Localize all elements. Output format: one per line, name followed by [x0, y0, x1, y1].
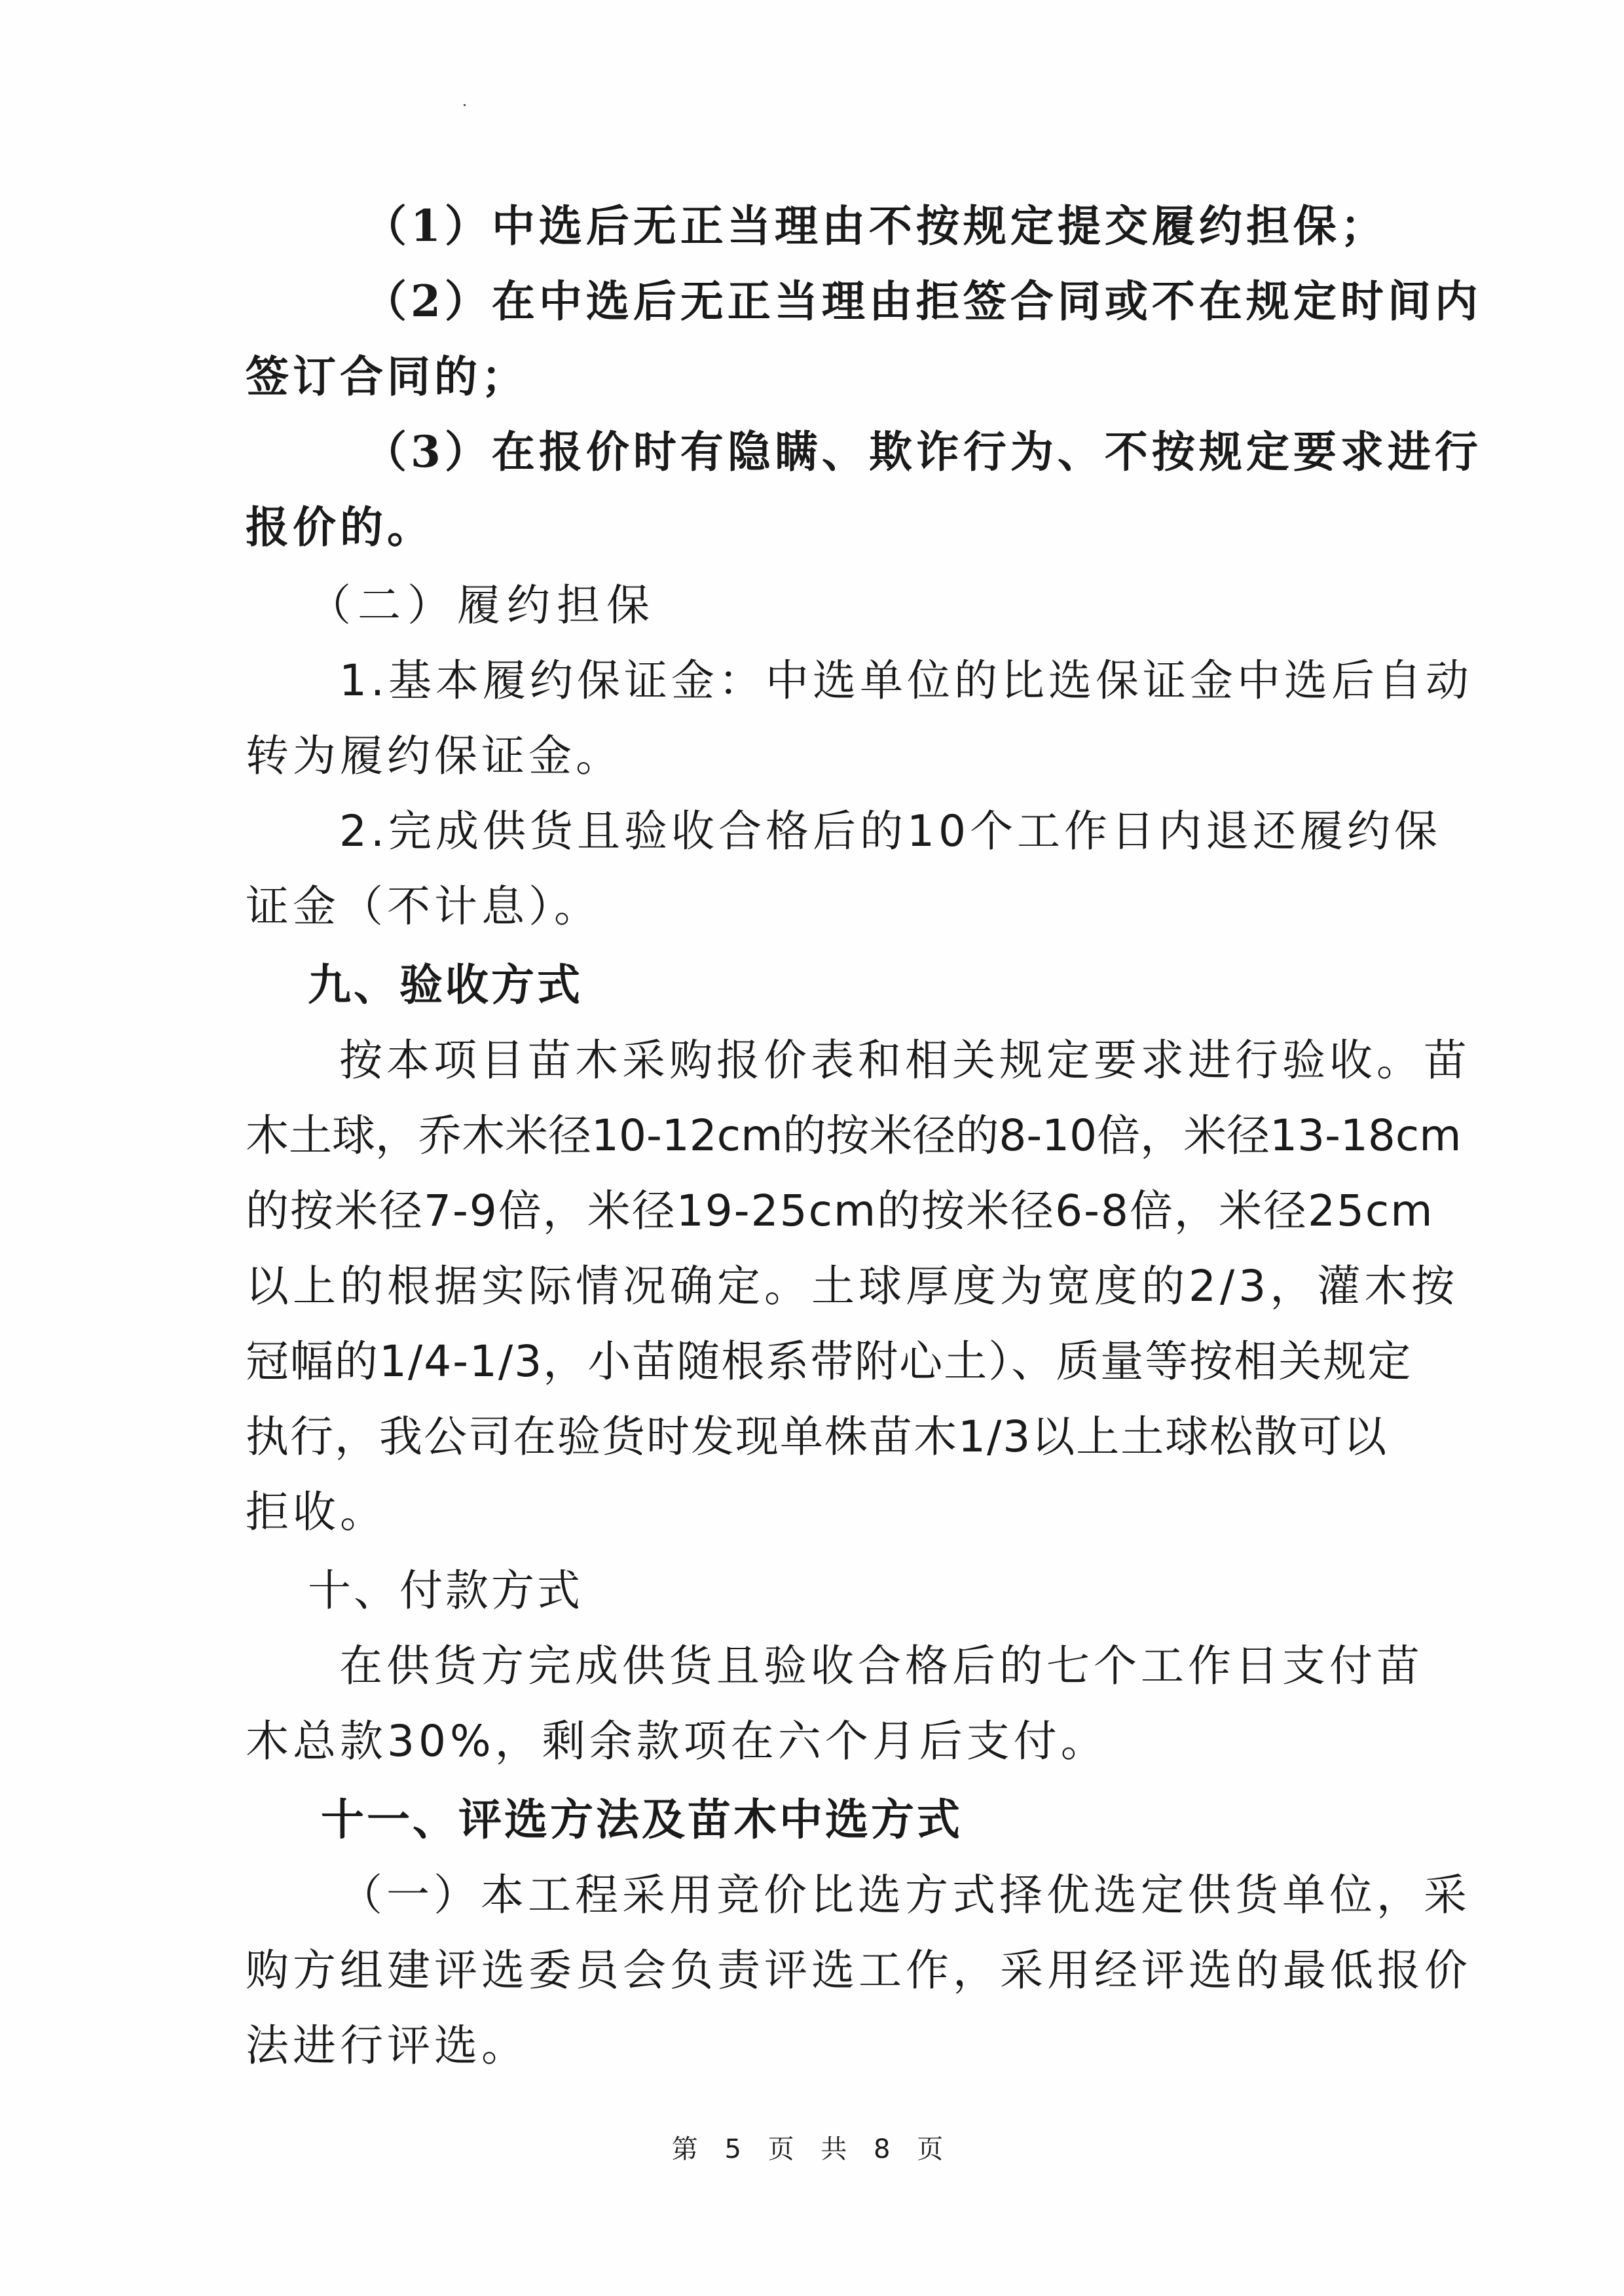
evaluation-para-line-1: （一）本工程采用竞价比选方式择优选定供货单位，采 — [339, 1863, 1372, 1928]
violation-item-2: （2）在中选后无正当理由拒签合同或不在规定时间内 — [363, 268, 1372, 334]
acceptance-para-line-3: 的按米径7-9倍，米径19-25cm的按米径6-8倍，米径25cm — [246, 1178, 1372, 1244]
violation-item-2-cont: 签订合同的； — [246, 344, 1372, 409]
violation-item-3-cont: 报价的。 — [246, 494, 1372, 560]
subheading-performance-bond: （二）履约担保 — [308, 573, 1372, 638]
bond-clause-1: 1.基本履约保证金：中选单位的比选保证金中选后自动 — [339, 648, 1372, 714]
acceptance-para-line-2: 木土球，乔木米径10-12cm的按米径的8-10倍，米径13-18cm — [246, 1103, 1372, 1169]
scan-speck — [464, 104, 466, 106]
payment-para-line-1: 在供货方完成供货且验收合格后的七个工作日支付苗 — [339, 1633, 1372, 1699]
acceptance-para-line-4: 以上的根据实际情况确定。土球厚度为宽度的2/3，灌木按 — [246, 1254, 1372, 1319]
bond-clause-1-cont: 转为履约保证金。 — [246, 723, 1372, 789]
payment-para-line-2: 木总款30%，剩余款项在六个月后支付。 — [246, 1709, 1372, 1774]
acceptance-para-line-6: 执行，我公司在验货时发现单株苗木1/3以上土球松散可以 — [246, 1404, 1372, 1470]
violation-item-1: （1）中选后无正当理由不按规定提交履约担保； — [363, 193, 1372, 259]
acceptance-para-line-5: 冠幅的1/4-1/3，小苗随根系带附心土）、质量等按相关规定 — [246, 1329, 1372, 1394]
acceptance-para-line-7: 拒收。 — [246, 1480, 1372, 1545]
evaluation-para-line-2: 购方组建评选委员会负责评选工作，采用经评选的最低报价 — [246, 1938, 1372, 2003]
acceptance-para-line-1: 按本项目苗木采购报价表和相关规定要求进行验收。苗 — [339, 1028, 1372, 1093]
bond-clause-2: 2.完成供货且验收合格后的10个工作日内退还履约保 — [339, 799, 1372, 864]
page-number-footer: 第 5 页 共 8 页 — [0, 2131, 1624, 2168]
section-heading-acceptance: 九、验收方式 — [308, 953, 1372, 1018]
document-page: （1）中选后无正当理由不按规定提交履约担保； （2）在中选后无正当理由拒签合同或… — [0, 0, 1624, 2296]
violation-item-3: （3）在报价时有隐瞒、欺诈行为、不按规定要求进行 — [363, 419, 1372, 484]
section-heading-payment: 十、付款方式 — [308, 1558, 1372, 1624]
section-heading-evaluation: 十一、评选方法及苗木中选方式 — [321, 1787, 1385, 1853]
evaluation-para-line-3: 法进行评选。 — [246, 2013, 1372, 2079]
bond-clause-2-cont: 证金（不计息）。 — [246, 874, 1372, 939]
